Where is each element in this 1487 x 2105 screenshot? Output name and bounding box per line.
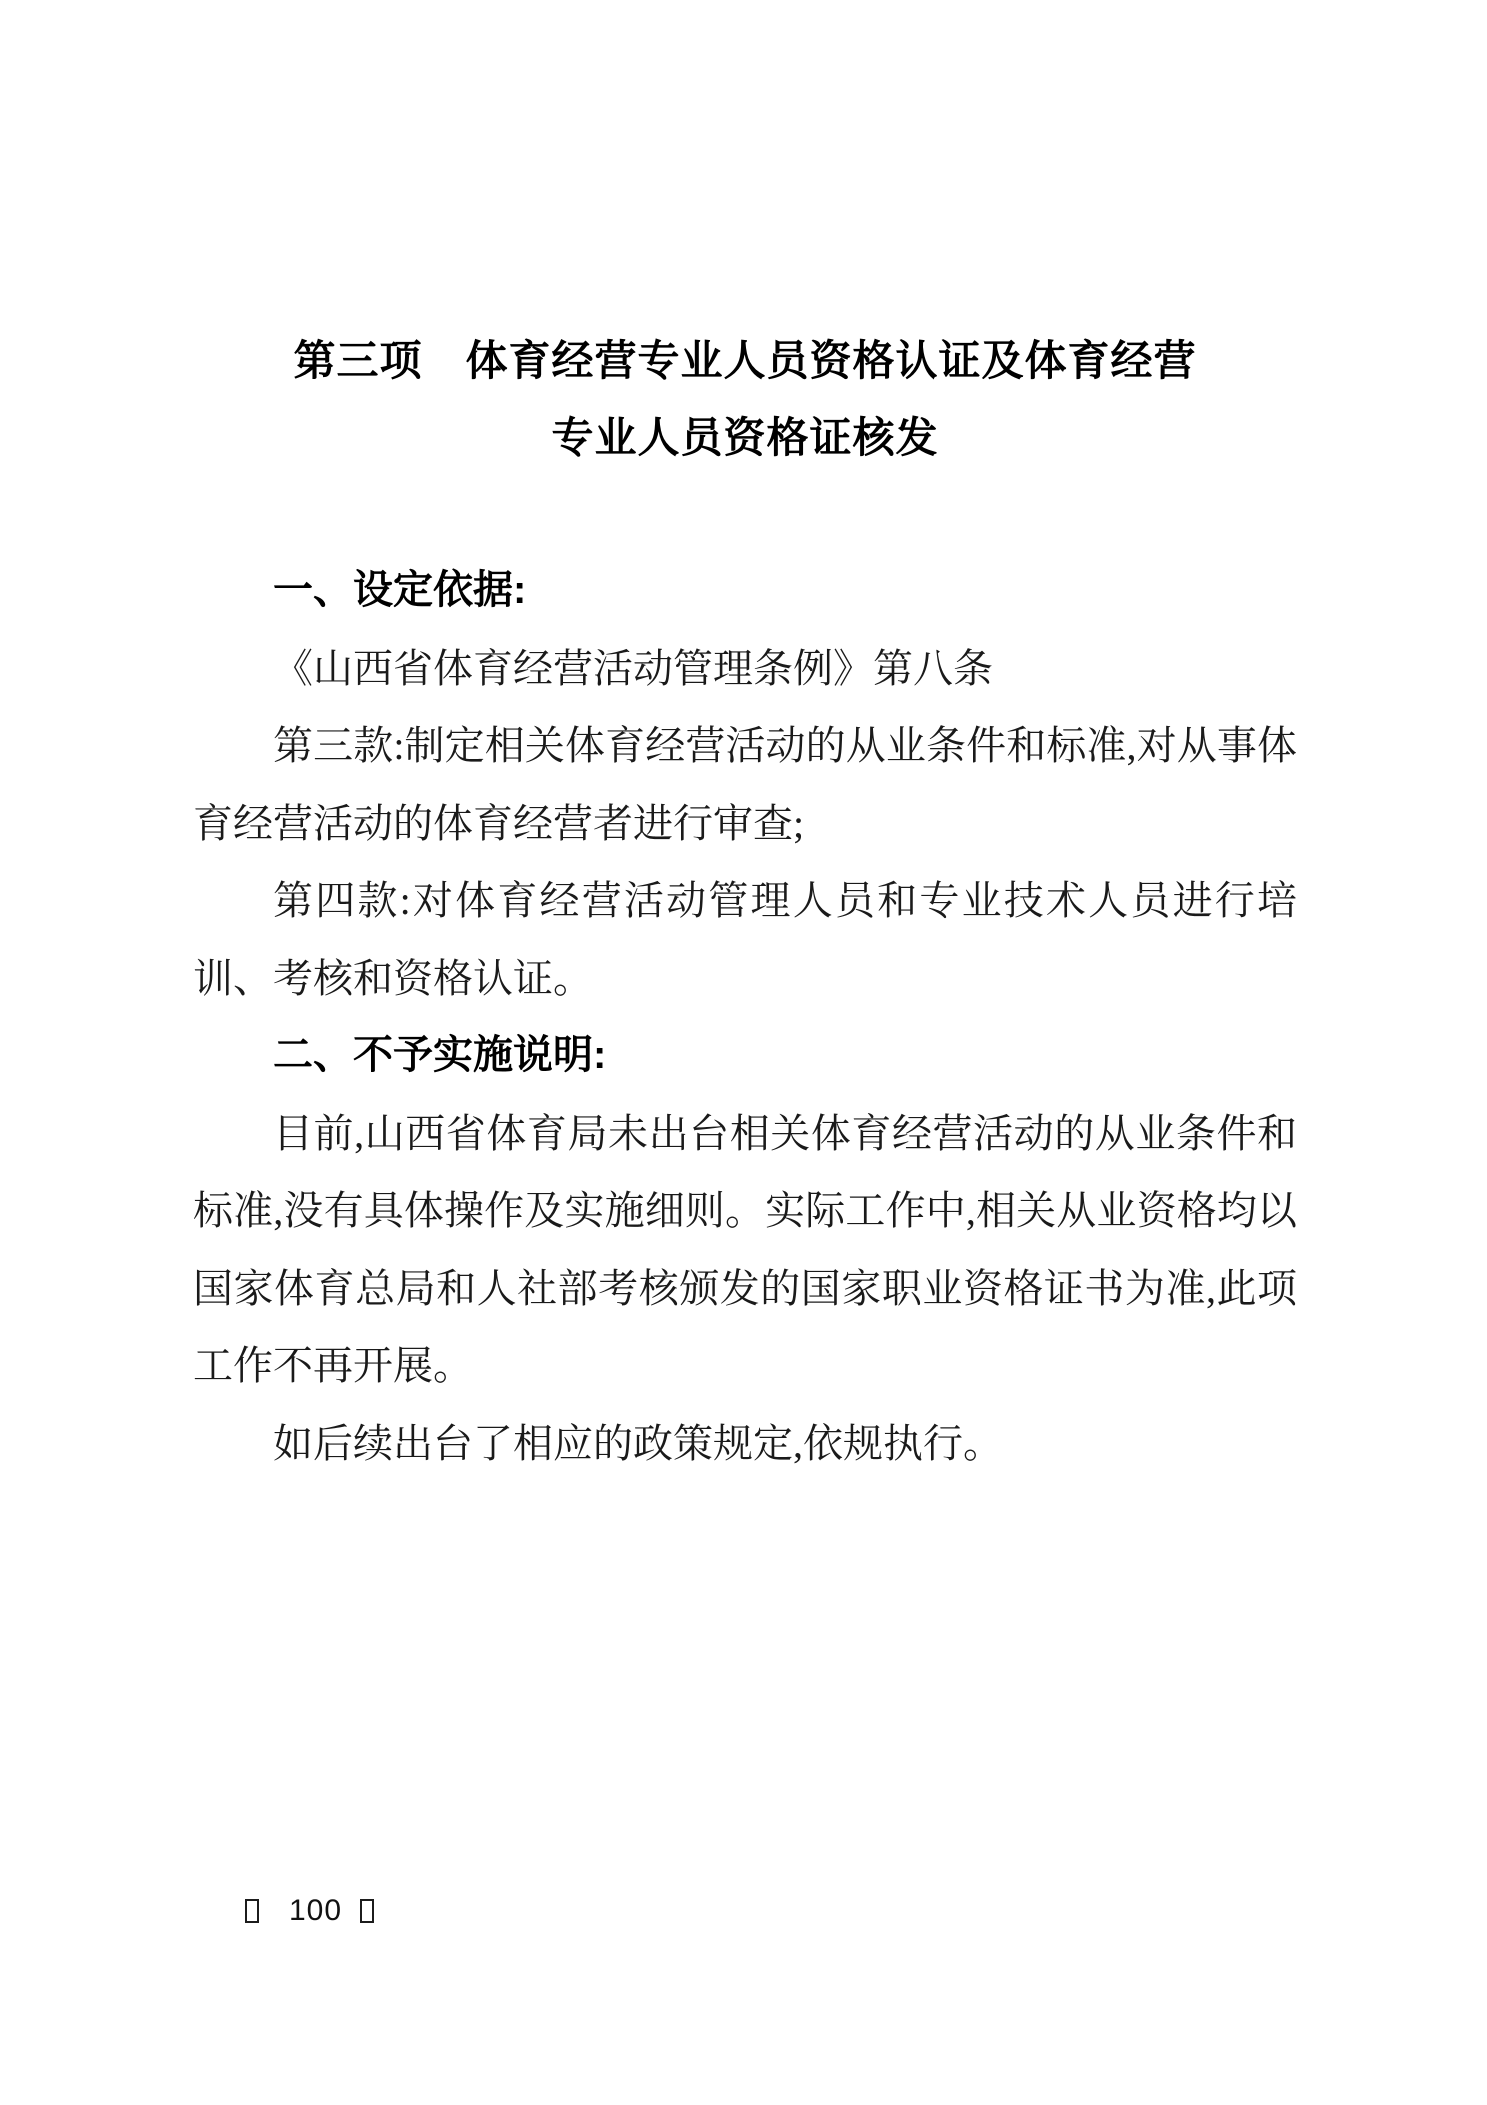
section-2-heading: 二、不予实施说明: [193,1017,1297,1095]
page-footer: 100 [245,1893,374,1929]
title-line-1: 第三项 体育经营专业人员资格认证及体育经营 [193,322,1297,399]
section-2-paragraph-1: 目前,山西省体育局未出台相关体育经营活动的从业条件和标准,没有具体操作及实施细则… [193,1095,1297,1405]
page-number: 100 [289,1894,342,1928]
section-1-paragraph-2: 第三款:制定相关体育经营活动的从业条件和标准,对从事体育经营活动的体育经营者进行… [193,707,1297,862]
section-1-paragraph-1: 《山西省体育经营活动管理条例》第八条 [193,630,1297,708]
title-line-2: 专业人员资格证核发 [193,399,1297,476]
section-2-paragraph-2: 如后续出台了相应的政策规定,依规执行。 [193,1405,1297,1483]
document-title: 第三项 体育经营专业人员资格认证及体育经营 专业人员资格证核发 [193,322,1297,476]
section-1-heading: 一、设定依据: [193,552,1297,630]
document-content: 第三项 体育经营专业人员资格认证及体育经营 专业人员资格证核发 一、设定依据: … [193,322,1297,1482]
document-page: 第三项 体育经营专业人员资格认证及体育经营 专业人员资格证核发 一、设定依据: … [0,0,1487,2105]
missing-glyph-box-left-icon [245,1899,259,1923]
missing-glyph-box-right-icon [360,1899,374,1923]
document-body: 一、设定依据: 《山西省体育经营活动管理条例》第八条 第三款:制定相关体育经营活… [193,552,1297,1482]
section-1-paragraph-3: 第四款:对体育经营活动管理人员和专业技术人员进行培训、考核和资格认证。 [193,862,1297,1017]
